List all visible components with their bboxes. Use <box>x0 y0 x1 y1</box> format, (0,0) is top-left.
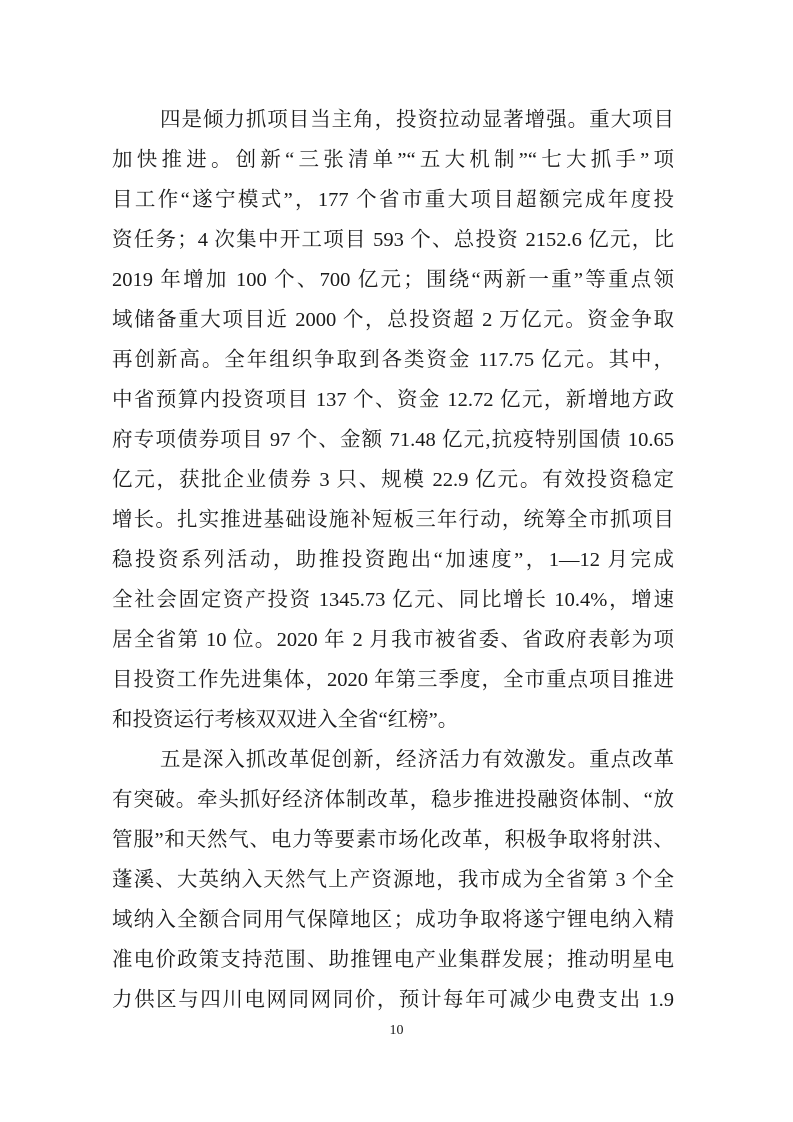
text-line: 稳投资系列活动，助推投资跑出“加速度”，1—12 月完成 <box>112 540 674 580</box>
document-page: 四是倾力抓项目当主角，投资拉动显著增强。重大项目加快推进。创新“三张清单”“五大… <box>0 0 793 1122</box>
text-line: 蓬溪、大英纳入天然气上产资源地，我市成为全省第 3 个全 <box>112 860 674 900</box>
page-number: 10 <box>0 1020 793 1042</box>
text-line: 府专项债券项目 97 个、金额 71.48 亿元,抗疫特别国债 10.65 <box>112 420 674 460</box>
text-line: 再创新高。全年组织争取到各类资金 117.75 亿元。其中， <box>112 340 674 380</box>
document-body: 四是倾力抓项目当主角，投资拉动显著增强。重大项目加快推进。创新“三张清单”“五大… <box>112 100 674 1020</box>
text-line: 目工作“遂宁模式”，177 个省市重大项目超额完成年度投 <box>112 180 674 220</box>
text-line: 准电价政策支持范围、助推锂电产业集群发展；推动明星电 <box>112 940 674 980</box>
text-line: 加快推进。创新“三张清单”“五大机制”“七大抓手”项 <box>112 140 674 180</box>
text-line: 居全省第 10 位。2020 年 2 月我市被省委、省政府表彰为项 <box>112 620 674 660</box>
text-line: 全社会固定资产投资 1345.73 亿元、同比增长 10.4%，增速 <box>112 580 674 620</box>
text-line: 域纳入全额合同用气保障地区；成功争取将遂宁锂电纳入精 <box>112 900 674 940</box>
paragraph-four: 四是倾力抓项目当主角，投资拉动显著增强。重大项目加快推进。创新“三张清单”“五大… <box>112 100 674 740</box>
text-line: 五是深入抓改革促创新，经济活力有效激发。重点改革 <box>112 740 674 780</box>
text-line: 资任务；4 次集中开工项目 593 个、总投资 2152.6 亿元，比 <box>112 220 674 260</box>
text-line: 2019 年增加 100 个、700 亿元；围绕“两新一重”等重点领 <box>112 260 674 300</box>
text-line: 和投资运行考核双双进入全省“红榜”。 <box>112 700 674 740</box>
text-line: 亿元，获批企业债券 3 只、规模 22.9 亿元。有效投资稳定 <box>112 460 674 500</box>
paragraph-five: 五是深入抓改革促创新，经济活力有效激发。重点改革有突破。牵头抓好经济体制改革，稳… <box>112 740 674 1020</box>
text-line: 四是倾力抓项目当主角，投资拉动显著增强。重大项目 <box>112 100 674 140</box>
text-line: 力供区与四川电网同网同价，预计每年可减少电费支出 1.9 <box>112 980 674 1020</box>
text-line: 中省预算内投资项目 137 个、资金 12.72 亿元，新增地方政 <box>112 380 674 420</box>
text-line: 目投资工作先进集体，2020 年第三季度，全市重点项目推进 <box>112 660 674 700</box>
text-line: 域储备重大项目近 2000 个，总投资超 2 万亿元。资金争取 <box>112 300 674 340</box>
text-line: 管服”和天然气、电力等要素市场化改革，积极争取将射洪、 <box>112 820 674 860</box>
text-line: 有突破。牵头抓好经济体制改革，稳步推进投融资体制、“放 <box>112 780 674 820</box>
text-line: 增长。扎实推进基础设施补短板三年行动，统筹全市抓项目 <box>112 500 674 540</box>
